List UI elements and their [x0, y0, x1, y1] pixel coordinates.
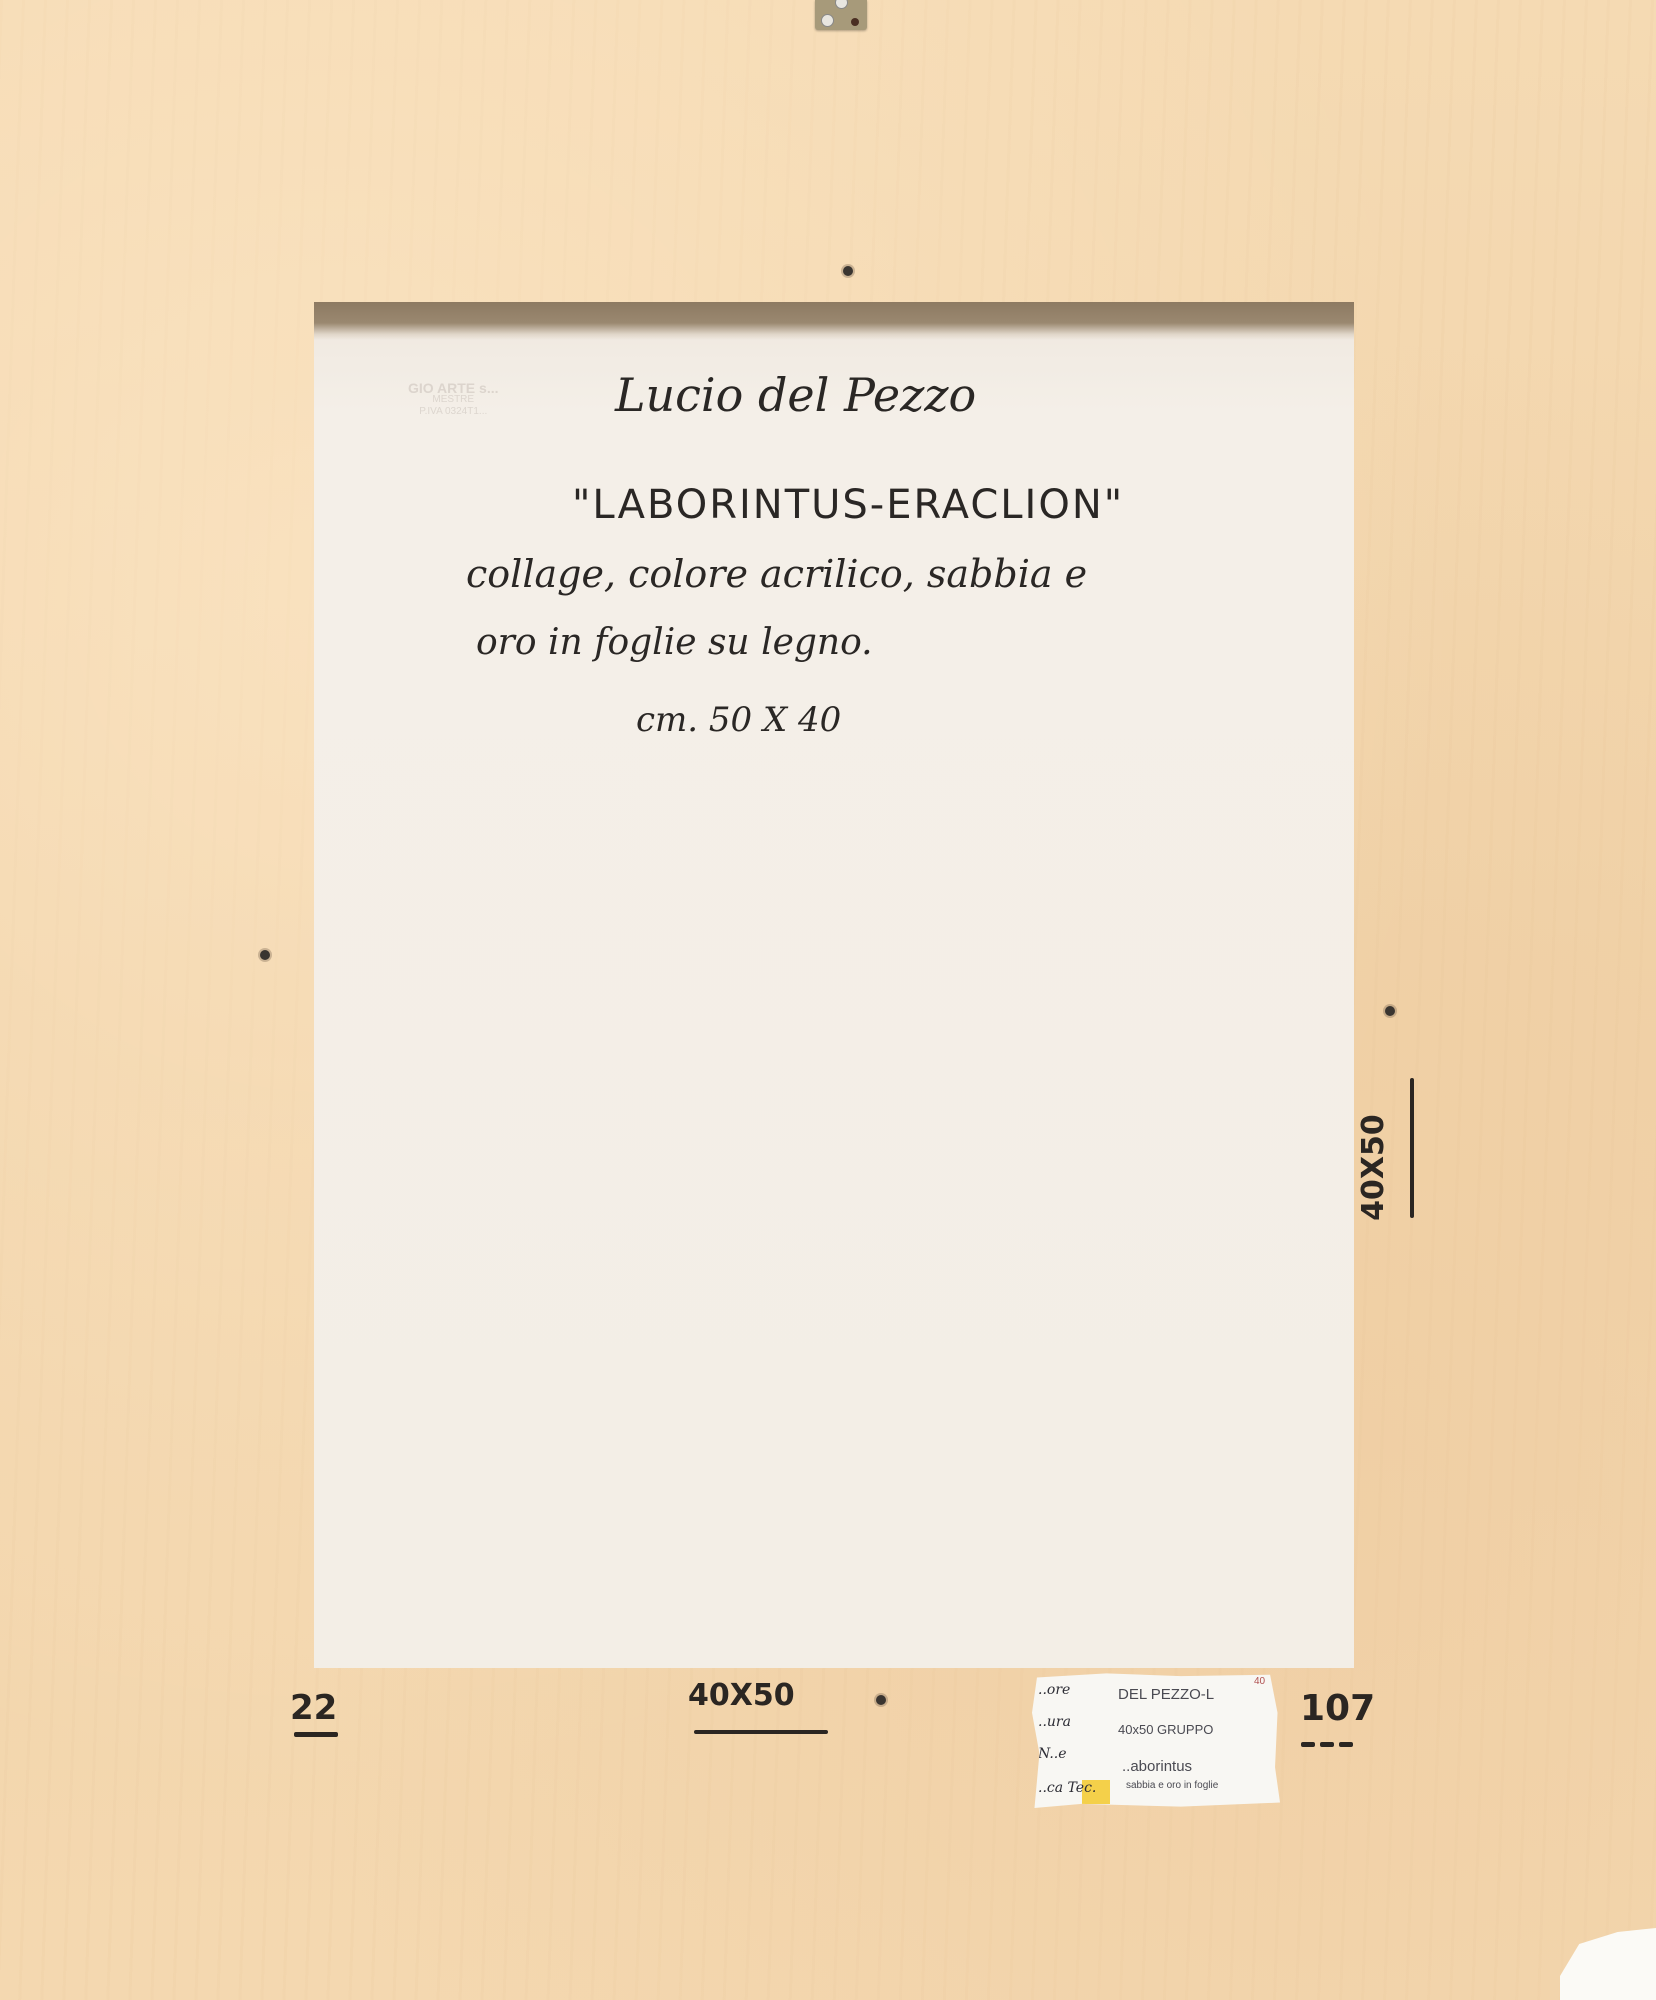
- underline: [294, 1732, 338, 1737]
- label-left-2: ..ura: [1038, 1714, 1071, 1730]
- size-mark-side: 40X50: [1356, 1114, 1391, 1221]
- inventory-number-22: 22: [290, 1688, 337, 1728]
- artist-name: Lucio del Pezzo: [615, 368, 976, 422]
- sticker-label: ..ore ..ura N..e ..ca Tec. DEL PEZZO-L 4…: [1032, 1672, 1280, 1808]
- label-line-4: sabbia e oro in foglie: [1126, 1780, 1218, 1791]
- screw-right: [1385, 1006, 1395, 1016]
- dash: [1320, 1742, 1334, 1747]
- label-line-2: 40x50 GRUPPO: [1118, 1722, 1213, 1737]
- screw-top: [843, 266, 853, 276]
- artwork-title: "LABORINTUS-ERACLION": [572, 482, 1124, 528]
- label-line-3: ..aborintus: [1122, 1758, 1192, 1775]
- label-left-4: ..ca Tec.: [1038, 1780, 1096, 1796]
- screw-left: [260, 950, 270, 960]
- panel-top-shadow: [314, 302, 1354, 340]
- stamp-line-1: GIO ARTE s...: [408, 382, 499, 394]
- dash: [1339, 1742, 1353, 1747]
- label-left-3: N..e: [1038, 1746, 1067, 1762]
- underline: [694, 1730, 828, 1734]
- size-mark-bottom: 40X50: [688, 1678, 795, 1713]
- screw-icon: [821, 14, 834, 27]
- stamp-line-3: P.IVA 0324T1...: [408, 406, 499, 418]
- inventory-number-107: 107: [1300, 1688, 1375, 1729]
- screw-icon: [835, 0, 848, 9]
- label-corner-mark: 40: [1254, 1676, 1265, 1687]
- hanging-bracket: [815, 0, 867, 30]
- medium-line-2: oro in foglie su legno.: [476, 622, 873, 663]
- medium-line-1: collage, colore acrilico, sabbia e: [466, 552, 1087, 596]
- gallery-stamp: GIO ARTE s... MESTRE P.IVA 0324T1...: [408, 382, 499, 418]
- label-left-1: ..ore: [1038, 1682, 1070, 1698]
- label-line-1: DEL PEZZO-L: [1118, 1686, 1214, 1703]
- screw-bottom: [876, 1695, 886, 1705]
- screw-hole-icon: [851, 18, 859, 26]
- dash: [1301, 1742, 1315, 1747]
- dimensions-text: cm. 50 X 40: [636, 700, 841, 740]
- side-line: [1410, 1078, 1414, 1218]
